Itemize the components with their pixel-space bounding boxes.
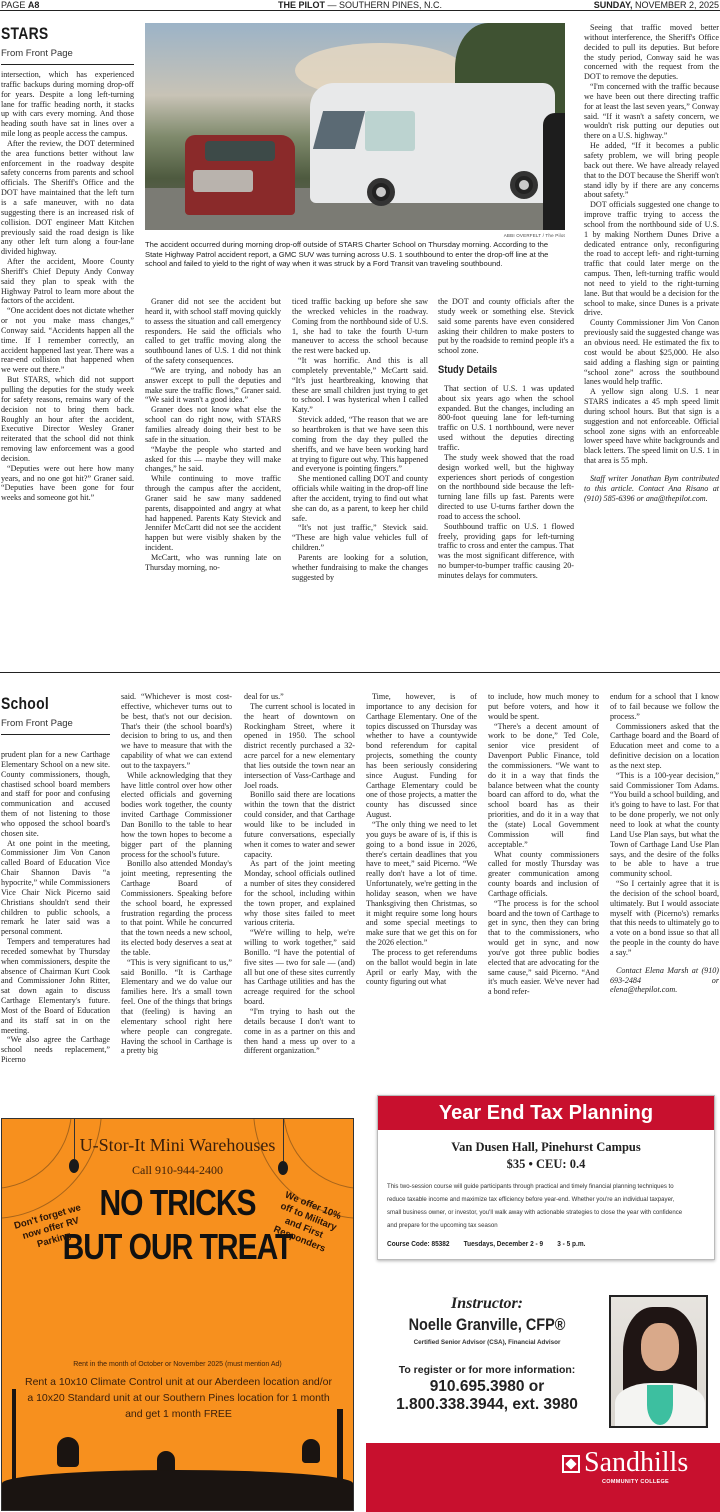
stars-column-2: Graner did not see the accident but hear…	[145, 297, 281, 573]
ghost-icon	[57, 1437, 79, 1467]
school-section-head: School From Front Page	[1, 694, 110, 729]
section-divider	[0, 672, 720, 673]
course-code: Course Code: 85382	[387, 1239, 450, 1248]
ustor-it-advertisement[interactable]: U-Stor-It Mini Warehouses Call 910-944-2…	[1, 1118, 354, 1511]
course-card: Year End Tax Planning Van Dusen Hall, Pi…	[377, 1095, 715, 1260]
school-kicker: School	[1, 694, 90, 714]
ustor-offer: Rent a 10x10 Climate Control unit at our…	[22, 1374, 335, 1422]
school-column-4: Time, however, is of importance to any d…	[366, 692, 477, 987]
school-column-5: to include, how much money to put before…	[488, 692, 599, 997]
van-window	[365, 111, 415, 151]
photo-caption: The accident occurred during morning dro…	[145, 240, 565, 269]
sandhills-logo-icon	[562, 1455, 580, 1473]
stars-column-4: the DOT and county officials after the s…	[438, 297, 574, 581]
suv-windshield	[205, 141, 275, 161]
course-time: 3 - 5 p.m.	[557, 1239, 585, 1248]
school-column-6: endum for a school that I know of to fai…	[610, 692, 719, 995]
instructor-portrait	[609, 1295, 708, 1428]
stars-column-5: Seeing that traffic moved better without…	[584, 23, 719, 504]
issue-date: SUNDAY, NOVEMBER 2, 2025	[594, 0, 719, 10]
stars-section-head: STARS From Front Page	[1, 24, 134, 59]
stars-kicker: STARS	[1, 24, 110, 44]
sandhills-advertisement[interactable]: Year End Tax Planning Van Dusen Hall, Pi…	[366, 1089, 720, 1512]
graveyard-silhouette	[2, 1470, 353, 1510]
portrait-top	[647, 1385, 673, 1425]
ustor-rent-note: Rent in the month of October or November…	[2, 1361, 353, 1368]
sandhills-footer: Sandhills COMMUNITY COLLEGE	[366, 1443, 720, 1512]
ustor-phone: Call 910-944-2400	[2, 1163, 353, 1178]
instructor-label: Instructor:	[366, 1295, 608, 1313]
van-windshield	[313, 111, 365, 149]
course-description: This two-session course will guide parti…	[387, 1180, 683, 1232]
stars-column-3: ticed traffic backing up before she saw …	[292, 297, 428, 582]
sandhills-logo-text: Sandhills	[584, 1447, 688, 1479]
stars-jump-label: From Front Page	[1, 48, 134, 59]
accident-photo	[145, 23, 565, 230]
photo-car-dash	[543, 113, 565, 230]
instructor-credentials: Certified Senior Advisor (CSA), Financia…	[366, 1339, 608, 1346]
school-column-2: said. “Whichever is most cost-effective,…	[121, 692, 232, 1056]
course-days: Tuesdays, December 2 - 9	[464, 1239, 543, 1248]
register-label: To register or for more information:	[366, 1364, 608, 1376]
course-price: $35 • CEU: 0.4	[378, 1157, 714, 1172]
register-phone-1: 910.695.3980 or	[366, 1378, 608, 1396]
instructor-name: Noelle Granville, CFP®	[384, 1315, 590, 1335]
study-details-subhead: Study Details	[438, 366, 554, 376]
school-column-1: prudent plan for a new Carthage Elementa…	[1, 750, 110, 1065]
course-banner: Year End Tax Planning	[378, 1096, 714, 1130]
masthead: PAGE A8 THE PILOT — SOUTHERN PINES, N.C.…	[0, 0, 720, 10]
photo-credit: ABBI OVERFELT / The Pilot	[145, 233, 565, 238]
register-phone-2: 1.800.338.3944, ext. 3980	[366, 1396, 608, 1414]
stars-contributor-credit: Staff writer Jonathan Bym contributed to…	[584, 474, 719, 504]
ghost-icon	[302, 1439, 320, 1463]
photo-red-suv	[185, 135, 295, 215]
course-meta: Course Code: 85382 Tuesdays, December 2 …	[387, 1239, 677, 1248]
course-venue: Van Dusen Hall, Pinehurst Campus	[378, 1140, 714, 1155]
school-column-3: deal for us.” The current school is loca…	[244, 692, 355, 1056]
ustor-title: U-Stor-It Mini Warehouses	[2, 1135, 353, 1156]
portrait-face	[641, 1323, 679, 1371]
school-jump-label: From Front Page	[1, 718, 110, 729]
sandhills-logo-subtitle: COMMUNITY COLLEGE	[602, 1479, 669, 1485]
school-head-rule	[1, 734, 110, 735]
stars-column-1: intersection, which has experienced traf…	[1, 70, 134, 503]
van-front-wheel	[367, 178, 395, 206]
suv-grille	[193, 170, 253, 192]
masthead-rule	[0, 10, 720, 11]
school-contact-credit: Contact Elena Marsh at (910) 693-2484 or…	[610, 966, 719, 996]
stars-head-rule	[1, 64, 134, 65]
van-rear-wheel	[510, 171, 538, 199]
